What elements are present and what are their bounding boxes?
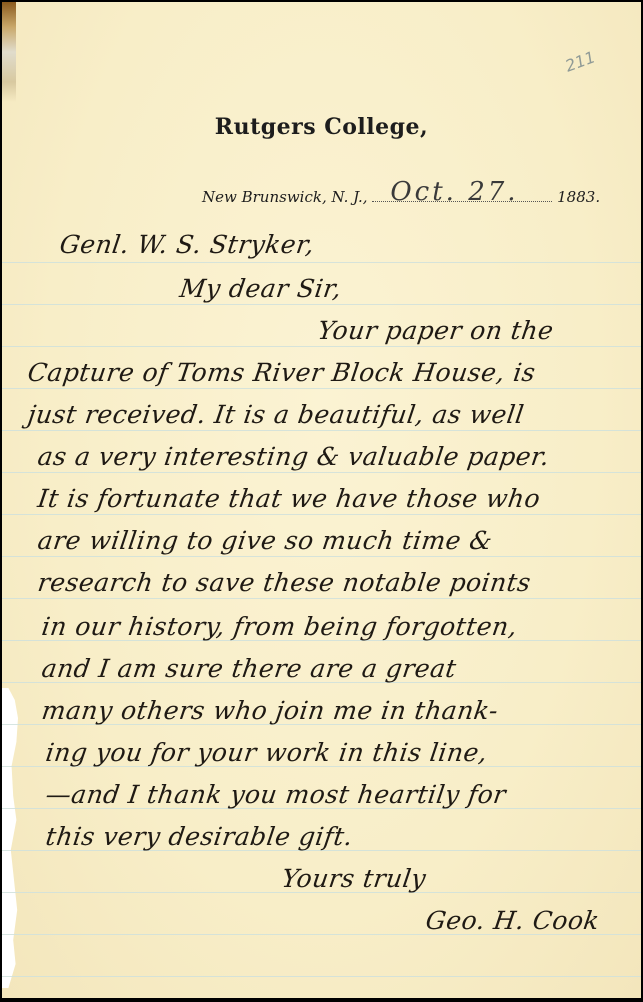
body-line: ing you for your work in this line, [44, 738, 490, 767]
ruled-line [2, 304, 641, 305]
body-line: in our history, from being forgotten, [40, 612, 519, 641]
letter-page: 211 Rutgers College, New Brunswick, N. J… [2, 2, 641, 998]
ruled-line [2, 262, 641, 263]
ruled-line [2, 514, 641, 515]
body-line: just received. It is a beautiful, as wel… [26, 400, 526, 429]
signature: Geo. H. Cook [424, 906, 601, 935]
torn-edge [2, 688, 18, 988]
body-line: —and I thank you most heartily for [44, 780, 508, 809]
dateline: New Brunswick, N. J., Oct. 27. 1883. [202, 188, 600, 206]
body-line: many others who join me in thank- [40, 696, 500, 725]
ruled-line [2, 346, 641, 347]
letterhead-title: Rutgers College, [2, 114, 641, 140]
body-line: and I am sure there are a great [40, 654, 458, 683]
body-line: Capture of Toms River Block House, is [26, 358, 537, 387]
body-line: are willing to give so much time & [36, 526, 494, 555]
paper-stain [2, 2, 16, 102]
body-line: as a very interesting & valuable paper. [36, 442, 551, 471]
ruled-line [2, 556, 641, 557]
recipient: Genl. W. S. Stryker, [58, 230, 317, 259]
ruled-line [2, 430, 641, 431]
closing: Yours truly [280, 864, 428, 893]
salutation: My dear Sir, [178, 274, 344, 303]
archive-number: 211 [563, 47, 598, 75]
body-line: research to save these notable points [36, 568, 533, 597]
ruled-line [2, 976, 641, 977]
ruled-line [2, 388, 641, 389]
date-fill-line: Oct. 27. [372, 191, 552, 202]
dateline-year: 1883. [557, 188, 600, 206]
ruled-line [2, 598, 641, 599]
body-line: Your paper on the [316, 316, 556, 345]
dateline-place: New Brunswick, N. J., [202, 188, 368, 206]
body-line: this very desirable gift. [44, 822, 355, 851]
body-line: It is fortunate that we have those who [36, 484, 542, 513]
ruled-line [2, 472, 641, 473]
dateline-date: Oct. 27. [390, 177, 518, 207]
